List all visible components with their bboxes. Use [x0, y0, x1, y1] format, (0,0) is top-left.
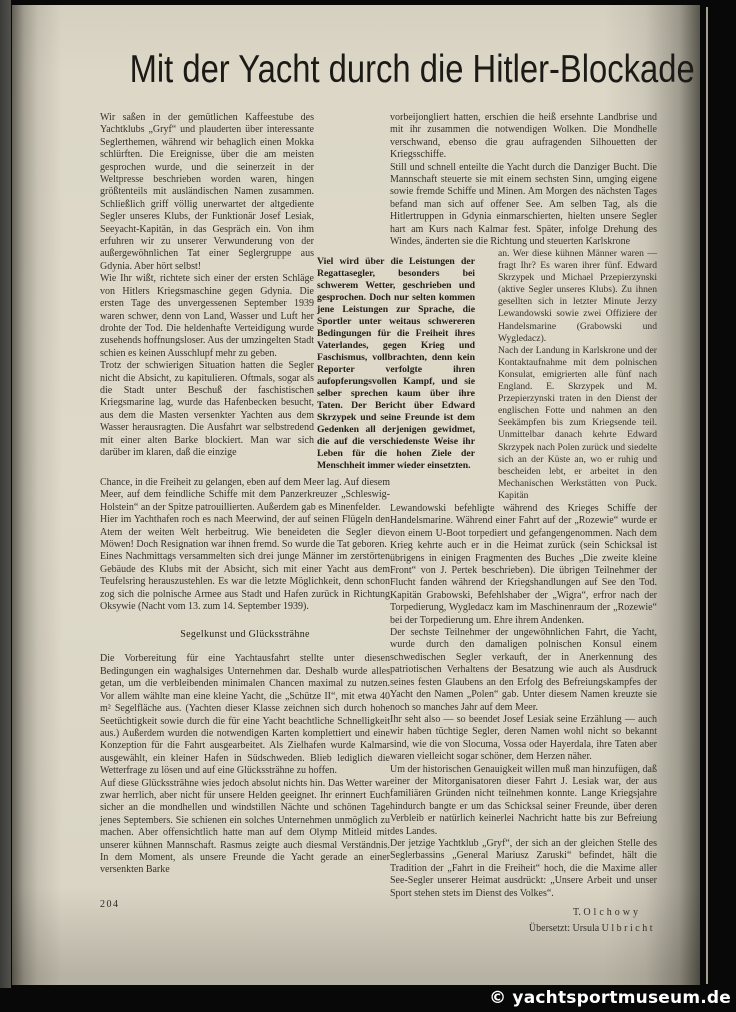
right-paragraph-2-squeezed: an. Wer diese kühnen Männer waren — frag…	[498, 248, 657, 345]
section-paragraph-2: Auf diese Glückssträhne wies jedoch abso…	[100, 778, 390, 877]
right-paragraph-3-squeezed: Nach der Landung in Karlskrone und der K…	[498, 345, 657, 502]
photo-left-edge	[0, 0, 11, 988]
section-heading: Segelkunst und Glückssträhne	[100, 626, 390, 644]
right-paragraph-2-wide: Still und schnell enteilte die Yacht dur…	[390, 162, 657, 249]
translator-name: Ulbricht	[602, 923, 655, 934]
left-column-wide: Chance, in die Freiheit zu gelangen, ebe…	[100, 477, 390, 911]
intro-paragraph-5: Eines Nachmittags versammelten sich drei…	[100, 551, 390, 613]
intro-paragraph-4: Hier im Yachthafen roch es nach Meerwind…	[100, 514, 390, 551]
inset-paragraph: Viel wird über die Leistungen der Regatt…	[317, 256, 475, 472]
watermark: © yachtsportmuseum.de	[489, 988, 731, 1008]
adjacent-page-edge-line	[706, 7, 708, 984]
intro-paragraph-1: Wir saßen in der gemütlichen Kaffeestube…	[100, 112, 314, 273]
right-paragraph-6: Ihr seht also — so beendet Josef Lesiak …	[390, 714, 657, 764]
section-paragraph-1: Die Vorbereitung für eine Yachtausfahrt …	[100, 653, 390, 777]
left-column-narrow: Wir saßen in der gemütlichen Kaffeestube…	[100, 112, 314, 459]
author-signature: T. Olchowy	[390, 907, 657, 919]
intro-paragraph-3-wide: Chance, in die Freiheit zu gelangen, ebe…	[100, 477, 390, 514]
right-paragraph-7: Um der historischen Genauigkeit willen m…	[390, 764, 657, 838]
author-prefix: T.	[573, 907, 581, 918]
right-paragraph-8: Der jetzige Yachtklub „Gryf“, der sich a…	[390, 838, 657, 900]
right-column-squeezed: an. Wer diese kühnen Männer waren — frag…	[498, 248, 657, 502]
right-paragraph-4: Lewandowski befehligte während des Krieg…	[390, 503, 657, 627]
scanned-book-page-photo: Mit der Yacht durch die Hitler-Blockade …	[0, 0, 736, 1012]
intro-paragraph-3-narrow: Trotz der schwierigen Situation hatten d…	[100, 360, 314, 459]
translator-credit: Übersetzt: Ursula Ulbricht	[390, 923, 657, 935]
author-name: Olchowy	[583, 907, 641, 918]
bold-inset-box: Viel wird über die Leistungen der Regatt…	[317, 256, 475, 472]
page-number: 204	[100, 899, 390, 911]
right-paragraph-1: vorbeijongliert hatten, erschien die hei…	[390, 112, 657, 162]
article-title: Mit der Yacht durch die Hitler-Blockade	[130, 48, 651, 92]
right-column-top: vorbeijongliert hatten, erschien die hei…	[390, 112, 657, 248]
translator-prefix: Übersetzt: Ursula	[529, 923, 599, 934]
right-paragraph-5: Der sechste Teilnehmer der ungewöhnliche…	[390, 627, 657, 714]
intro-paragraph-2: Wie Ihr wißt, richtete sich einer der er…	[100, 273, 314, 360]
right-column-lower: Lewandowski befehligte während des Krieg…	[390, 503, 657, 936]
